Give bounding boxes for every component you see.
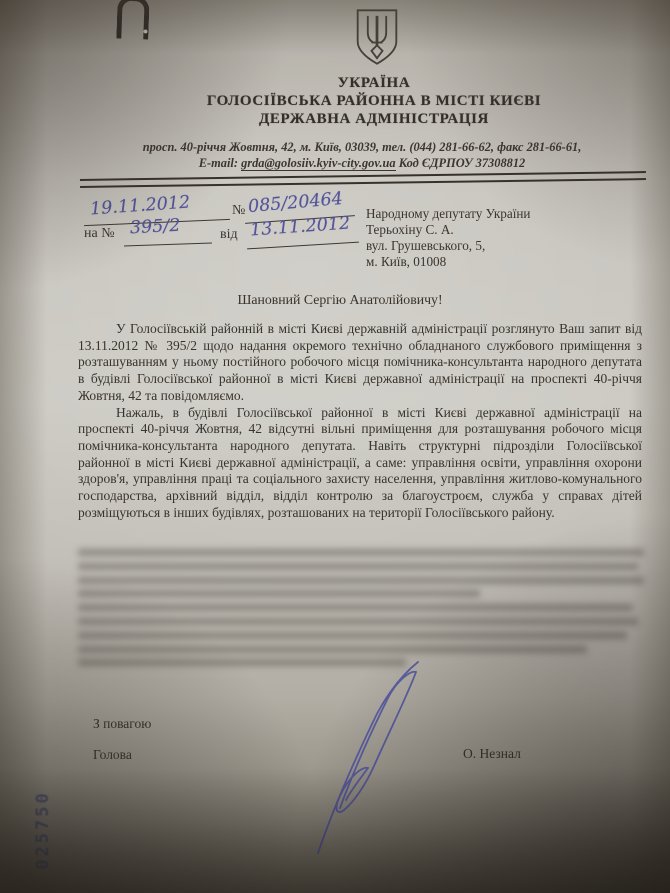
body-paragraph-1: У Голосіївській районній в місті Києві д…	[78, 321, 642, 405]
redacted-line	[78, 563, 638, 570]
edrpou-code: Код ЄДРПОУ 37308812	[396, 156, 526, 170]
redacted-line	[78, 604, 633, 611]
recipient-line: м. Київ, 01008	[366, 254, 530, 270]
email-address: grda@golosiiv.kyiv-city.gov.ua	[241, 156, 396, 171]
contact-email-line: E-mail: grda@golosiiv.kyiv-city.gov.ua К…	[84, 155, 640, 171]
recipient-line: Терьохіну С. А.	[366, 222, 530, 238]
margin-stamp-number: 025750	[33, 770, 53, 890]
ukraine-trident-emblem-icon	[354, 7, 400, 67]
redacted-line	[78, 577, 644, 584]
letterhead: УКРАЇНА ГОЛОСІЇВСЬКА РАЙОННА В МІСТІ КИЄ…	[104, 74, 644, 128]
letterhead-country: УКРАЇНА	[104, 74, 644, 92]
closing-regards: З повагою	[93, 716, 151, 732]
pen-signature	[270, 650, 470, 865]
redacted-line	[78, 618, 638, 625]
signer-title: Голова	[93, 747, 132, 763]
letterhead-org-line1: ГОЛОСІЇВСЬКА РАЙОННА В МІСТІ КИЄВІ	[104, 92, 644, 110]
recipient-line: Народному депутату України	[366, 206, 530, 222]
signer-name: О. Незнал	[463, 746, 521, 762]
from-label: від	[220, 227, 238, 243]
redacted-line	[78, 632, 627, 639]
handwritten-incoming-number: 395/2	[130, 216, 181, 239]
paper-clip	[116, 0, 149, 40]
on-number-label: на №	[84, 226, 115, 242]
letterhead-org-line2: ДЕРЖАВНА АДМІНІСТРАЦІЯ	[104, 110, 644, 128]
scanned-letter-photo: УКРАЇНА ГОЛОСІЇВСЬКА РАЙОННА В МІСТІ КИЄ…	[0, 0, 670, 893]
number-sign: №	[232, 203, 245, 219]
clip-glint	[143, 29, 147, 33]
salutation: Шановний Сергію Анатолійовичу!	[80, 292, 600, 308]
recipient-block: Народному депутату України Терьохіну С. …	[366, 206, 530, 270]
body-paragraph-2: Нажаль, в будівлі Голосіївської районної…	[78, 405, 642, 522]
recipient-line: вул. Грушевського, 5,	[366, 238, 530, 254]
letter-body: У Голосіївській районній в місті Києві д…	[78, 321, 642, 521]
redacted-line	[78, 549, 644, 556]
contact-address-line: просп. 40-річчя Жовтня, 42, м. Київ, 030…	[84, 139, 640, 155]
email-label: E-mail:	[199, 156, 241, 170]
redacted-line	[78, 590, 480, 597]
letterhead-contacts: просп. 40-річчя Жовтня, 42, м. Київ, 030…	[84, 139, 640, 171]
